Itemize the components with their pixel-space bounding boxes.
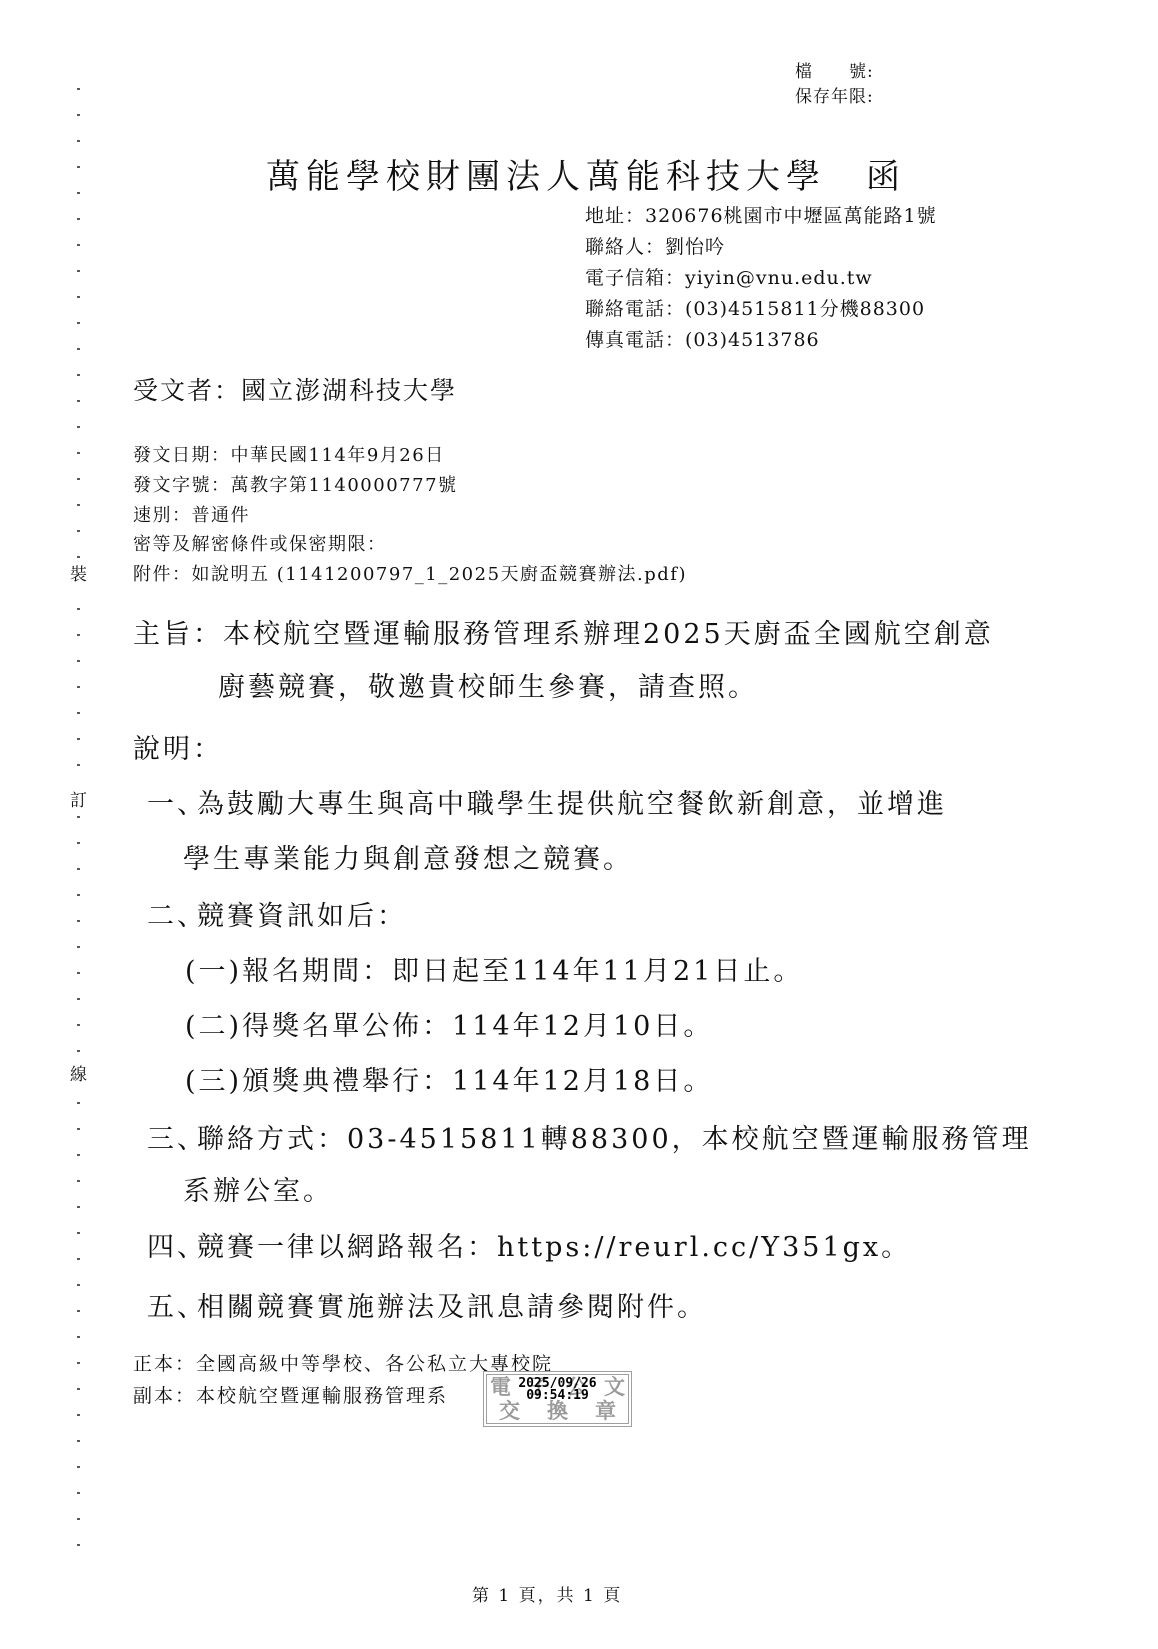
cc-copy-line: 副本：本校航空暨運輸服務管理系 xyxy=(133,1381,448,1408)
official-letter-page: 裝 訂 線 檔 號: 保存年限: 萬能學校財團法人萬能科技大學 函 地址：320… xyxy=(0,0,1158,1649)
explanation-item-2-subitem-2: (二)得獎名單公佈：114年12月10日。 xyxy=(185,1004,713,1043)
sender-fax: 傳真電話：(03)4513786 xyxy=(585,325,937,356)
explanation-heading: 說明： xyxy=(133,727,223,766)
binding-mark-zhuang: 裝 xyxy=(68,560,89,585)
explanation-item-5-line-1: 五、相關競賽實施辦法及訊息請參閱附件。 xyxy=(147,1285,707,1324)
item-4-number: 四、 xyxy=(147,1225,197,1264)
subject-line-2: 廚藝競賽，敬邀貴校師生參賽，請查照。 xyxy=(218,665,758,704)
file-number-block: 檔 號: 保存年限: xyxy=(795,60,874,110)
electronic-document-exchange-stamp: 電 子 公 文 交 換 章 2025/09/26 09:54:19 xyxy=(483,1371,632,1427)
sender-info-block: 地址：320676桃園市中壢區萬能路1號 聯絡人：劉怡吟 電子信箱：yiyin@… xyxy=(585,201,937,356)
sender-email: 電子信箱：yiyin@vnu.edu.tw xyxy=(585,263,937,294)
binding-mark-xian: 線 xyxy=(68,1060,89,1085)
attachment-line: 附件：如說明五 (1141200797_1_2025天廚盃競賽辦法.pdf) xyxy=(133,560,687,586)
subject-line-1: 主旨：本校航空暨運輸服務管理系辦理2025天廚盃全國航空創意 xyxy=(133,612,994,651)
explanation-item-2-line-1: 二、競賽資訊如后： xyxy=(147,894,407,933)
stamp-time: 09:54:19 xyxy=(487,1389,628,1402)
explanation-item-3-line-1: 三、聯絡方式：03-4515811轉88300，本校航空暨運輸服務管理 xyxy=(147,1117,1032,1156)
item-1-text: 為鼓勵大專生與高中職學生提供航空餐飲新創意，並增進 xyxy=(197,789,947,820)
item-2-text: 競賽資訊如后： xyxy=(197,901,407,932)
issue-date-line: 發文日期：中華民國114年9月26日 xyxy=(133,441,445,467)
doc-number-line: 發文字號：萬教字第1140000777號 xyxy=(133,471,458,497)
item-4-text-with-url: 競賽一律以網路報名：https://reurl.cc/Y351gx。 xyxy=(197,1232,911,1263)
explanation-item-4-line-1: 四、競賽一律以網路報名：https://reurl.cc/Y351gx。 xyxy=(147,1225,911,1264)
letter-title: 萬能學校財團法人萬能科技大學 函 xyxy=(266,149,906,198)
explanation-item-1-line-1: 一、為鼓勵大專生與高中職學生提供航空餐飲新創意，並增進 xyxy=(147,782,947,821)
file-number-label: 檔 號: xyxy=(795,60,874,85)
item-2-number: 二、 xyxy=(147,894,197,933)
explanation-item-1-line-2: 學生專業能力與創意發想之競賽。 xyxy=(183,837,633,876)
recipient-line: 受文者：國立澎湖科技大學 xyxy=(133,371,457,407)
item-3-text: 聯絡方式：03-4515811轉88300，本校航空暨運輸服務管理 xyxy=(197,1124,1032,1155)
explanation-item-2-subitem-3: (三)頒獎典禮舉行：114年12月18日。 xyxy=(185,1059,713,1098)
retention-period-label: 保存年限: xyxy=(795,85,874,110)
item-5-number: 五、 xyxy=(147,1285,197,1324)
stamp-char: 章 xyxy=(595,1399,616,1423)
item-3-number: 三、 xyxy=(147,1117,197,1156)
sender-contact-person: 聯絡人：劉怡吟 xyxy=(585,232,937,263)
page-number-footer: 第 1 頁，共 1 頁 xyxy=(472,1581,622,1606)
explanation-item-2-subitem-1: (一)報名期間：即日起至114年11月21日止。 xyxy=(185,949,803,988)
item-5-text: 相關競賽實施辦法及訊息請參閱附件。 xyxy=(197,1292,707,1323)
binding-mark-ding: 訂 xyxy=(68,786,89,811)
security-class-line: 密等及解密條件或保密期限： xyxy=(133,530,387,556)
binding-dotted-line xyxy=(77,88,80,1546)
explanation-item-3-line-2: 系辦公室。 xyxy=(183,1169,333,1208)
sender-address: 地址：320676桃園市中壢區萬能路1號 xyxy=(585,201,937,232)
stamp-char: 交 xyxy=(499,1399,520,1423)
item-1-number: 一、 xyxy=(147,782,197,821)
sender-phone: 聯絡電話：(03)4515811分機88300 xyxy=(585,294,937,325)
speed-class-line: 速別：普通件 xyxy=(133,501,250,527)
